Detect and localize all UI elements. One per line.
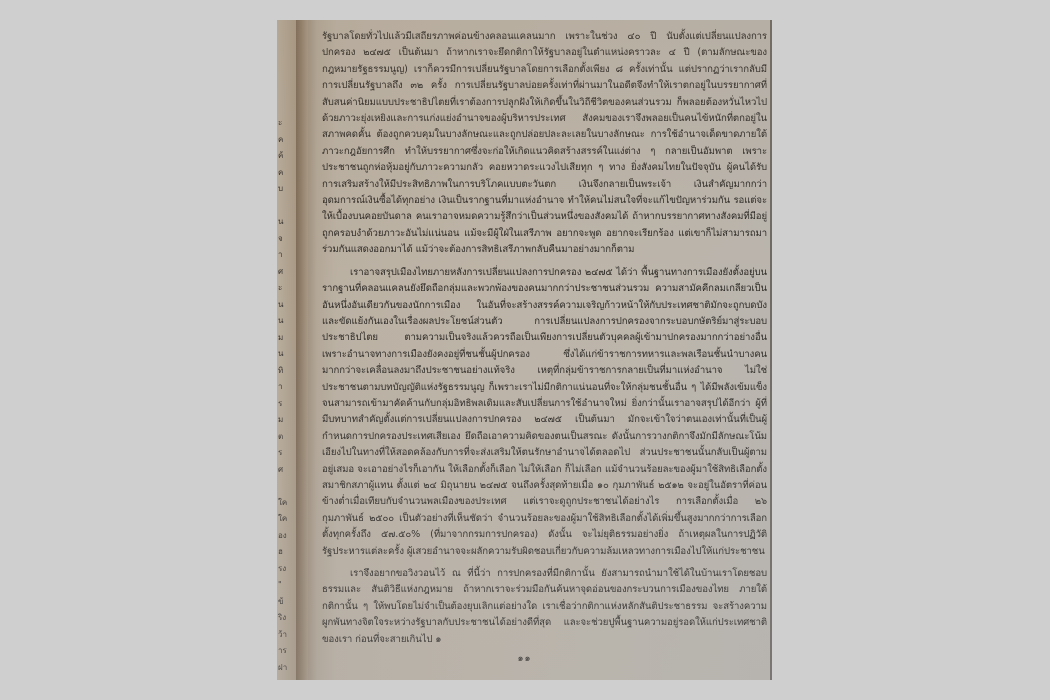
- paragraph-2: เราอาจสรุปเมืองไทยภายหลังการเปลี่ยนแปลงก…: [322, 265, 767, 560]
- previous-page-text-fragments: ะ ค ค้ ค บ น จ า ศ ะ น น ม น ทิ า ร ม ต …: [278, 115, 292, 676]
- previous-page-edge: ะ ค ค้ ค บ น จ า ศ ะ น น ม น ทิ า ร ม ต …: [277, 20, 296, 680]
- paragraph-3: เราจึงอยากขอวิงวอนไว้ ณ ที่นี้ว่า การปกค…: [322, 566, 767, 648]
- page-body: รัฐบาลโดยทั่วไปแล้วมีเสถียรภาพค่อนข้างคล…: [322, 29, 767, 648]
- paragraph-1: รัฐบาลโดยทั่วไปแล้วมีเสถียรภาพค่อนข้างคล…: [322, 29, 767, 259]
- page-number: ๑๑: [277, 651, 772, 666]
- book-gutter: [296, 20, 308, 680]
- book-page-photo: ะ ค ค้ ค บ น จ า ศ ะ น น ม น ทิ า ร ม ต …: [277, 20, 772, 680]
